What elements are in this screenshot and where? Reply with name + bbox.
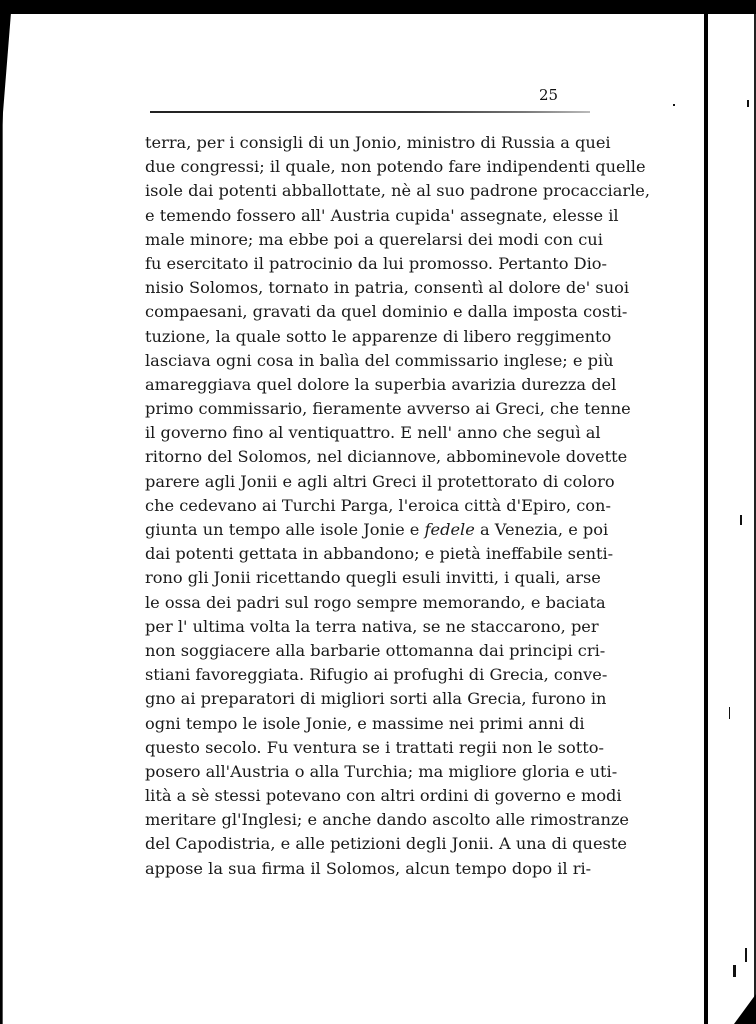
text-line: ritorno del Solomos, nel diciannove, abb… <box>145 445 581 469</box>
text-line: giunta un tempo alle isole Jonie e fedel… <box>145 518 581 542</box>
text-line: lasciava ogni cosa in balìa del commissa… <box>145 349 581 373</box>
text-line: male minore; ma ebbe poi a querelarsi de… <box>145 228 581 252</box>
scan-corner-shadow <box>734 994 756 1024</box>
text-line: appose la sua firma il Solomos, alcun te… <box>145 857 581 881</box>
text-line: compaesani, gravati da quel dominio e da… <box>145 300 581 324</box>
text-line: il governo fino al ventiquattro. E nell'… <box>145 421 581 445</box>
text-line: del Capodistria, e alle petizioni degli … <box>145 832 581 856</box>
text-line: posero all'Austria o alla Turchia; ma mi… <box>145 760 581 784</box>
text-line: lità a sè stessi potevano con altri ordi… <box>145 784 581 808</box>
text-line: nisio Solomos, tornato in patria, consen… <box>145 276 581 300</box>
scan-border-left <box>0 0 5 1024</box>
scan-speck <box>733 965 736 977</box>
text-line: e temendo fossero all' Austria cupida' a… <box>145 204 581 228</box>
body-text: terra, per i consigli di un Jonio, minis… <box>145 131 581 881</box>
page-number: 25 <box>539 86 558 104</box>
text-line: due congressi; il quale, non potendo far… <box>145 155 581 179</box>
text-line: tuzione, la quale sotto le apparenze di … <box>145 325 581 349</box>
scan-border-top <box>0 0 756 14</box>
text-line: primo commissario, fieramente avverso ai… <box>145 397 581 421</box>
scan-speck <box>729 707 730 719</box>
text-line: amareggiava quel dolore la superbia avar… <box>145 373 581 397</box>
text-line: questo secolo. Fu ventura se i trattati … <box>145 736 581 760</box>
text-line: dai potenti gettata in abbandono; e piet… <box>145 542 581 566</box>
text-line: non soggiacere alla barbarie ottomanna d… <box>145 639 581 663</box>
text-line: le ossa dei padri sul rogo sempre memora… <box>145 591 581 615</box>
text-line: meritare gl'Inglesi; e anche dando ascol… <box>145 808 581 832</box>
text-line: gno ai preparatori di migliori sorti all… <box>145 687 581 711</box>
text-line: rono gli Jonii ricettando quegli esuli i… <box>145 566 581 590</box>
text-segment: giunta un tempo alle isole Jonie e <box>145 520 425 539</box>
text-line: che cedevano ai Turchi Parga, l'eroica c… <box>145 494 581 518</box>
text-line: per l' ultima volta la terra nativa, se … <box>145 615 581 639</box>
text-segment: a Venezia, e poi <box>475 520 608 539</box>
scan-speck <box>745 948 747 962</box>
text-line: terra, per i consigli di un Jonio, minis… <box>145 131 581 155</box>
text-line: parere agli Jonii e agli altri Greci il … <box>145 470 581 494</box>
adjacent-page-strip <box>708 14 756 1024</box>
header-rule <box>150 111 590 113</box>
scan-speck <box>673 104 675 106</box>
text-line: stiani favoreggiata. Rifugio ai profughi… <box>145 663 581 687</box>
scan-speck <box>740 515 742 525</box>
italic-word: fedele <box>425 520 475 539</box>
scan-speck <box>747 100 749 107</box>
text-line: isole dai potenti abballottate, nè al su… <box>145 179 581 203</box>
scan-shadow-left <box>0 0 12 150</box>
text-line: fu esercitato il patrocinio da lui promo… <box>145 252 581 276</box>
text-line: ogni tempo le isole Jonie, e massime nei… <box>145 712 581 736</box>
